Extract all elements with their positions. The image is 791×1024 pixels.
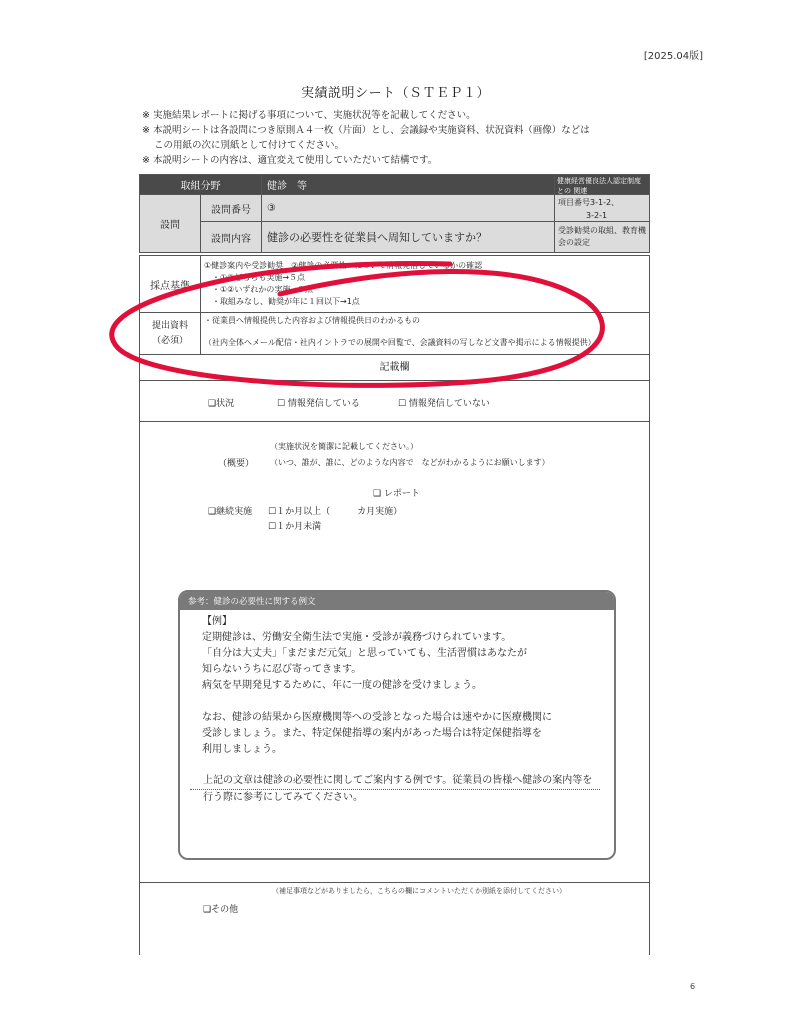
page-number: 6 xyxy=(690,982,695,991)
submission-line: （社内全体へメール配信・社内イントラでの展開や回覧で、会議資料の写しなど文書や掲… xyxy=(204,337,646,348)
submission-details: ・従業員へ情報提供した内容および情報提供日のわかるもの （社内全体へメール配信・… xyxy=(200,312,650,355)
example-line: なお、健診の結果から医療機関等への受診となった場合は速やかに医療機関に xyxy=(202,710,614,726)
question-content-value: 健診の必要性を従業員へ周知していますか？ xyxy=(261,221,555,253)
scoring-line: ・取組みなし、勧奨が年に１回以下→1点 xyxy=(204,296,646,308)
reference-body: 【例】 定期健診は、労働安全衛生法で実施・受診が義務づけられています。 「自分は… xyxy=(180,610,614,758)
note-line: この用紙の次に別紙として付けてください。 xyxy=(142,138,590,153)
scoring-criteria: ①健診案内や受診勧奨 ②健診の必要性 について情報発信しているかの確認 ・①②ど… xyxy=(200,255,650,313)
example-line: 「自分は大丈夫」「まだまだ元気」と思っていても、生活習慣はあなたが xyxy=(202,646,614,662)
item-description: 受診勧奨の取組、教育機会の設定 xyxy=(554,221,650,253)
reference-title: 参考：健診の必要性に関する例文 xyxy=(180,592,614,610)
reference-note: 上記の文章は健診の必要性に関してご案内する例です。従業員の皆様へ健診の案内等を … xyxy=(190,773,600,806)
divider xyxy=(139,380,650,381)
other-hint: （補足事項などがありましたら，こちらの欄にコメントいただくか別紙を添付してくださ… xyxy=(272,886,566,896)
divider xyxy=(139,882,650,883)
page-title: 実績説明シート（ＳＴＥＰ１） xyxy=(0,82,791,101)
submission-label: 提出資料 （必須） xyxy=(139,312,201,355)
report-label[interactable]: ❑ レポート xyxy=(373,486,420,499)
note-line: ※ 本説明シートは各設問につき原則Ａ４一枚（片面）とし、会議録や実施資料、状況資… xyxy=(142,123,590,138)
question-number-value: ③ xyxy=(261,194,555,222)
version-label: [2025.04版] xyxy=(644,47,703,62)
continuity-option-over-month[interactable]: ☐１か月以上（ カ月実施） xyxy=(268,504,402,517)
continuity-option-under-month[interactable]: ☐１か月未満 xyxy=(268,519,321,532)
example-line: 受診しましょう。また、特定保健指導の案内があった場合は特定保健指導を xyxy=(202,726,614,742)
example-line: 知らないうちに忍び寄ってきます。 xyxy=(202,662,614,678)
status-option-informing[interactable]: ☐ 情報発信している xyxy=(277,396,360,409)
related-label: 健康経営優良法人認定制度との 関連 xyxy=(554,174,650,195)
overview-label: （概要） xyxy=(218,456,254,469)
reference-note-line: 行う際に参考にしてみてください。 xyxy=(190,790,600,806)
note-line: ※ 実施結果レポートに掲げる事項について、実施状況等を記載してください。 xyxy=(142,108,590,123)
field-label: 取組分野 xyxy=(139,174,262,195)
item-reference: 項目番号3-1-2、 3-2-1 xyxy=(554,194,650,222)
note-line: ※ 本説明シートの内容は、適宜変えて使用していただいて結構です。 xyxy=(142,153,590,168)
divider xyxy=(139,421,650,422)
example-line: 利用しましょう。 xyxy=(202,742,614,758)
scoring-line: ①健診案内や受診勧奨 ②健診の必要性 について情報発信しているかの確認 xyxy=(204,260,646,272)
reference-note-line: 上記の文章は健診の必要性に関してご案内する例です。従業員の皆様へ健診の案内等を xyxy=(190,773,600,790)
status-option-not-informing[interactable]: ☐ 情報発信していない xyxy=(398,396,490,409)
question-content-label: 設問内容 xyxy=(200,221,262,253)
continuity-label: ❑継続実施 xyxy=(208,504,252,517)
field-value: 健診 等 xyxy=(261,174,555,195)
example-line: 定期健診は、労働安全衛生法で実施・受診が義務づけられています。 xyxy=(202,630,614,646)
scoring-line: ・①②どちらも実施→５点 xyxy=(204,272,646,284)
submission-label-line: （必須） xyxy=(152,334,188,349)
divider xyxy=(139,354,650,355)
instruction-notes: ※ 実施結果レポートに掲げる事項について、実施状況等を記載してください。 ※ 本… xyxy=(142,108,590,168)
overview-hint: （実施状況を簡潔に記載してください。） xyxy=(270,441,418,452)
question-number-label: 設問番号 xyxy=(200,194,262,222)
question-label: 設問 xyxy=(139,194,201,253)
reference-example-box: 参考：健診の必要性に関する例文 【例】 定期健診は、労働安全衛生法で実施・受診が… xyxy=(178,590,616,860)
scoring-label: 採点基準 xyxy=(139,255,201,313)
entry-section-title: 記載欄 xyxy=(139,358,650,373)
scoring-line: ・①②いずれかの実施→３点 xyxy=(204,284,646,296)
example-label: 【例】 xyxy=(202,614,614,630)
overview-hint: （いつ、誰が、誰に、どのような内容で などがわかるようにお願いします） xyxy=(270,457,550,468)
submission-label-line: 提出資料 xyxy=(152,319,188,334)
status-label: ❑状況 xyxy=(208,396,234,409)
example-line: 病気を早期発見するために、年に一度の健診を受けましょう。 xyxy=(202,678,614,694)
other-label: ❑その他 xyxy=(203,902,238,915)
submission-line: ・従業員へ情報提供した内容および情報提供日のわかるもの xyxy=(204,315,646,326)
item-ref-line: 項目番号3-1-2、 xyxy=(558,196,646,209)
